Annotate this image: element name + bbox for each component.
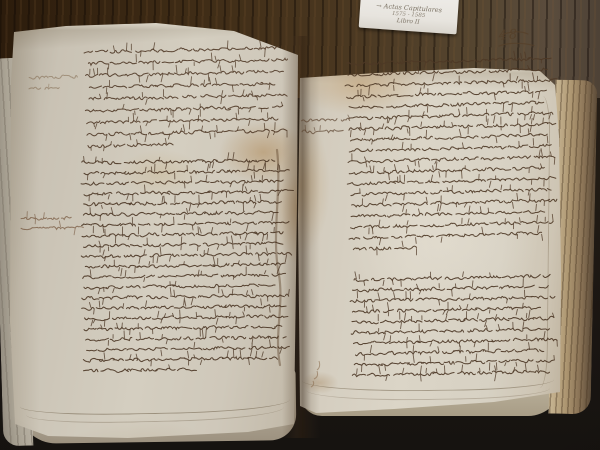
- left-manuscript-page: [6, 22, 302, 442]
- right-page-side-crease: [530, 96, 550, 388]
- folio-number: 48: [498, 25, 540, 52]
- manuscript-photo-scene: 48 → Actas Capitulares 1575 - 1585 Libro…: [0, 0, 600, 450]
- archive-tag-volume: Libro II: [397, 17, 420, 26]
- right-manuscript-page: [296, 66, 564, 418]
